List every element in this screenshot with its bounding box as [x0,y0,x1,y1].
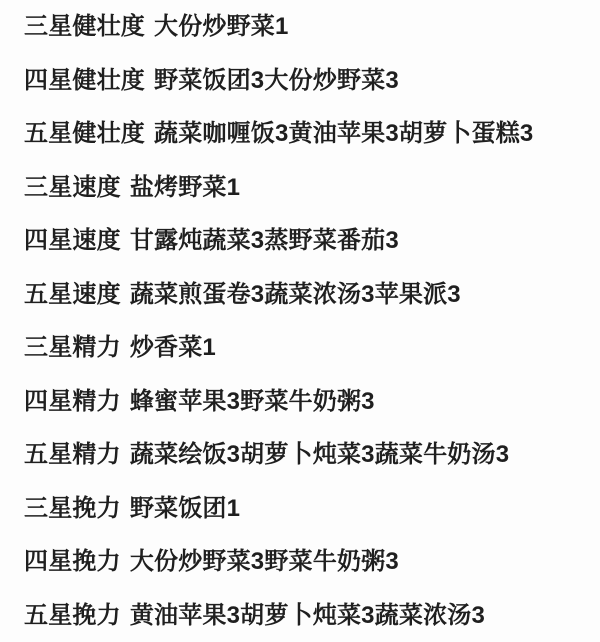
recipe-counts: 甘露炖蔬菜3蒸野菜番茄3 [130,227,399,254]
tier-attribute-label: 三星健壮度 [24,13,145,40]
recipe-counts: 盐烤野菜1 [130,174,240,201]
tier-attribute-label: 四星精力 [24,388,121,415]
tier-attribute-label: 三星速度 [24,174,121,201]
list-item: 三星精力炒香菜1 [24,321,590,375]
recipe-counts: 炒香菜1 [130,334,216,361]
list-item: 三星健壮度大份炒野菜1 [24,0,590,54]
tier-attribute-label: 五星健壮度 [24,120,145,147]
tier-attribute-label: 四星速度 [24,227,121,254]
recipe-notes-page: 三星健壮度大份炒野菜1 四星健壮度野菜饭团3大份炒野菜3 五星健壮度蔬菜咖喱饭3… [0,0,600,642]
list-item: 三星挽力野菜饭团1 [24,482,590,536]
tier-attribute-label: 五星挽力 [24,602,121,629]
tier-attribute-label: 三星精力 [24,334,121,361]
recipe-counts: 大份炒野菜1 [154,13,289,40]
tier-attribute-label: 四星挽力 [24,548,121,575]
list-item: 五星健壮度蔬菜咖喱饭3黄油苹果3胡萝卜蛋糕3 [24,107,590,161]
tier-attribute-label: 三星挽力 [24,495,121,522]
recipe-counts: 蔬菜咖喱饭3黄油苹果3胡萝卜蛋糕3 [154,120,533,147]
recipe-counts: 黄油苹果3胡萝卜炖菜3蔬菜浓汤3 [130,602,485,629]
list-item: 四星速度甘露炖蔬菜3蒸野菜番茄3 [24,214,590,268]
recipe-counts: 大份炒野菜3野菜牛奶粥3 [130,548,399,575]
tier-attribute-label: 五星速度 [24,281,121,308]
list-item: 五星速度蔬菜煎蛋卷3蔬菜浓汤3苹果派3 [24,268,590,322]
recipe-counts: 蔬菜煎蛋卷3蔬菜浓汤3苹果派3 [130,281,461,308]
list-item: 五星挽力黄油苹果3胡萝卜炖菜3蔬菜浓汤3 [24,589,590,642]
list-item: 四星健壮度野菜饭团3大份炒野菜3 [24,54,590,108]
list-item: 五星精力蔬菜绘饭3胡萝卜炖菜3蔬菜牛奶汤3 [24,428,590,482]
tier-attribute-label: 五星精力 [24,441,121,468]
list-item: 三星速度盐烤野菜1 [24,161,590,215]
recipe-counts: 野菜饭团1 [130,495,240,522]
tier-attribute-label: 四星健壮度 [24,67,145,94]
recipe-counts: 蔬菜绘饭3胡萝卜炖菜3蔬菜牛奶汤3 [130,441,509,468]
recipe-counts: 蜂蜜苹果3野菜牛奶粥3 [130,388,375,415]
recipe-counts: 野菜饭团3大份炒野菜3 [154,67,399,94]
list-item: 四星精力蜂蜜苹果3野菜牛奶粥3 [24,375,590,429]
list-item: 四星挽力大份炒野菜3野菜牛奶粥3 [24,535,590,589]
